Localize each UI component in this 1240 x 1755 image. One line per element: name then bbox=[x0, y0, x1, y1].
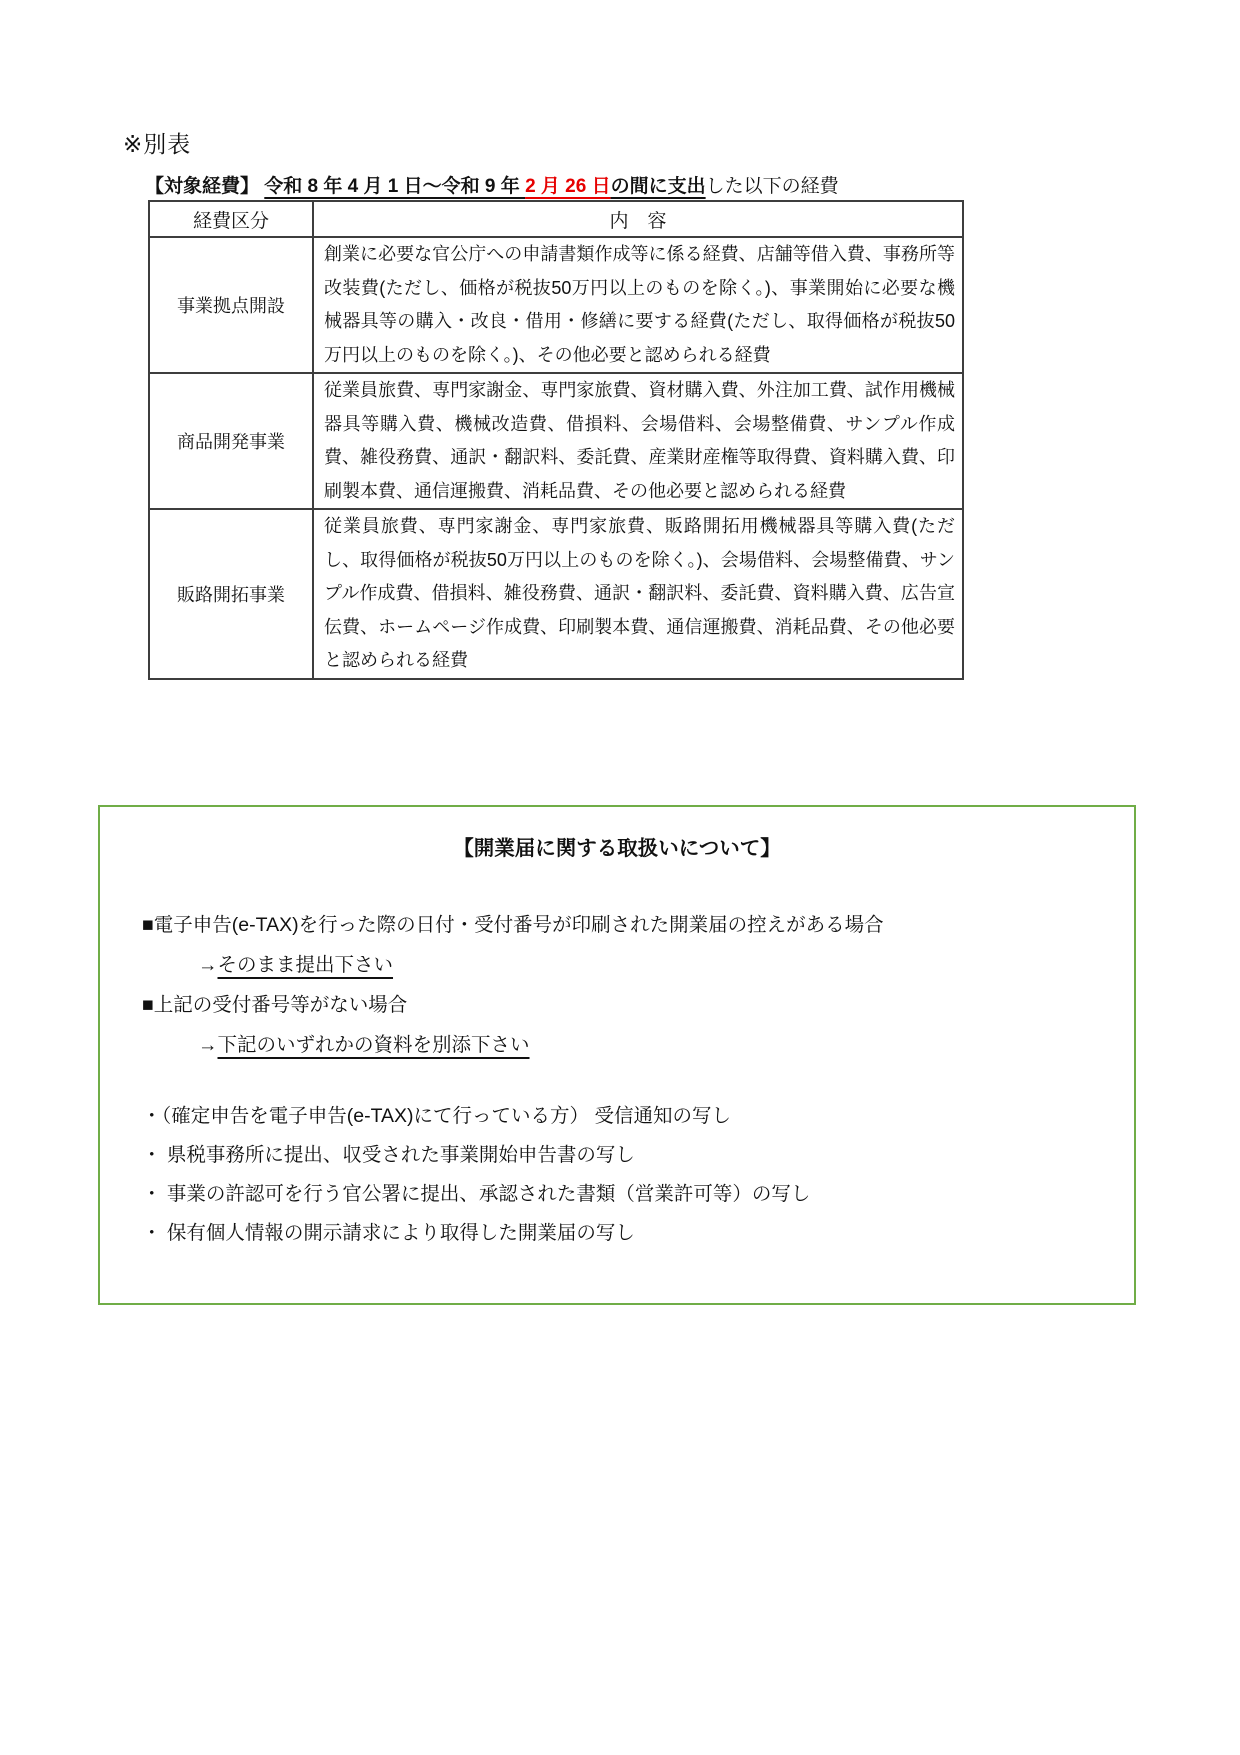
expense-category: 商品開発事業 bbox=[149, 373, 313, 509]
list-item: ・ 県税事務所に提出、収受された事業開始申告書の写し bbox=[100, 1136, 1134, 1175]
notice-title: 【開業届に関する取扱いについて】 bbox=[100, 831, 1134, 861]
appendix-label: ※別表 bbox=[123, 126, 191, 159]
case-instruction-etax: →そのまま提出下さい bbox=[100, 945, 1134, 985]
target-expense-heading: 【対象経費】 令和 8 年 4 月 1 日～令和 9 年 2 月 26 日の間に… bbox=[145, 171, 839, 198]
column-header-category: 経費区分 bbox=[149, 201, 313, 237]
case-instruction-text: 下記のいずれかの資料を別添下さい bbox=[218, 1034, 530, 1056]
deadline-date: 2 月 26 日 bbox=[525, 176, 611, 197]
expense-content: 従業員旅費、専門家謝金、専門家旅費、資材購入費、外注加工費、試作用機械器具等購入… bbox=[313, 373, 963, 509]
table-row: 事業拠点開設 創業に必要な官公庁への申請書類作成等に係る経費、店舗等借入費、事務… bbox=[149, 237, 963, 373]
period-end-text: の間に支出 bbox=[611, 176, 706, 197]
table-row: 販路開拓事業 従業員旅費、専門家謝金、専門家旅費、販路開拓用機械器具等購入費(た… bbox=[149, 509, 963, 679]
expense-category: 事業拠点開設 bbox=[149, 237, 313, 373]
arrow-icon: → bbox=[198, 954, 218, 976]
list-item: ・ 保有個人情報の開示請求により取得した開業届の写し bbox=[100, 1214, 1134, 1253]
document-list: ・（確定申告を電子申告(e-TAX)にて行っている方） 受信通知の写し ・ 県税… bbox=[100, 1097, 1134, 1253]
document-page: ※別表 【対象経費】 令和 8 年 4 月 1 日～令和 9 年 2 月 26 … bbox=[0, 0, 1240, 1755]
case-instruction-text: そのまま提出下さい bbox=[218, 954, 394, 976]
table-header-row: 経費区分 内 容 bbox=[149, 201, 963, 237]
period-start-text: 令和 8 年 4 月 1 日～令和 9 年 bbox=[264, 176, 525, 197]
expense-content: 創業に必要な官公庁への申請書類作成等に係る経費、店舗等借入費、事務所等改装費(た… bbox=[313, 237, 963, 373]
expense-content: 従業員旅費、専門家謝金、専門家旅費、販路開拓用機械器具等購入費(ただし、取得価格… bbox=[313, 509, 963, 679]
list-item: ・（確定申告を電子申告(e-TAX)にて行っている方） 受信通知の写し bbox=[100, 1097, 1134, 1136]
target-expense-prefix: 【対象経費】 bbox=[145, 176, 264, 197]
notice-box: 【開業届に関する取扱いについて】 ■電子申告(e-TAX)を行った際の日付・受付… bbox=[98, 805, 1136, 1305]
expense-table: 経費区分 内 容 事業拠点開設 創業に必要な官公庁への申請書類作成等に係る経費、… bbox=[148, 200, 964, 680]
arrow-icon: → bbox=[198, 1034, 218, 1056]
list-item: ・ 事業の許認可を行う官公署に提出、承認された書類（営業許可等）の写し bbox=[100, 1175, 1134, 1214]
column-header-content: 内 容 bbox=[313, 201, 963, 237]
target-expense-suffix: した以下の経費 bbox=[706, 176, 839, 197]
case-heading-no-receipt: ■上記の受付番号等がない場合 bbox=[100, 985, 1134, 1025]
case-heading-etax: ■電子申告(e-TAX)を行った際の日付・受付番号が印刷された開業届の控えがある… bbox=[100, 905, 1134, 945]
case-instruction-no-receipt: →下記のいずれかの資料を別添下さい bbox=[100, 1025, 1134, 1065]
expense-category: 販路開拓事業 bbox=[149, 509, 313, 679]
table-row: 商品開発事業 従業員旅費、専門家謝金、専門家旅費、資材購入費、外注加工費、試作用… bbox=[149, 373, 963, 509]
